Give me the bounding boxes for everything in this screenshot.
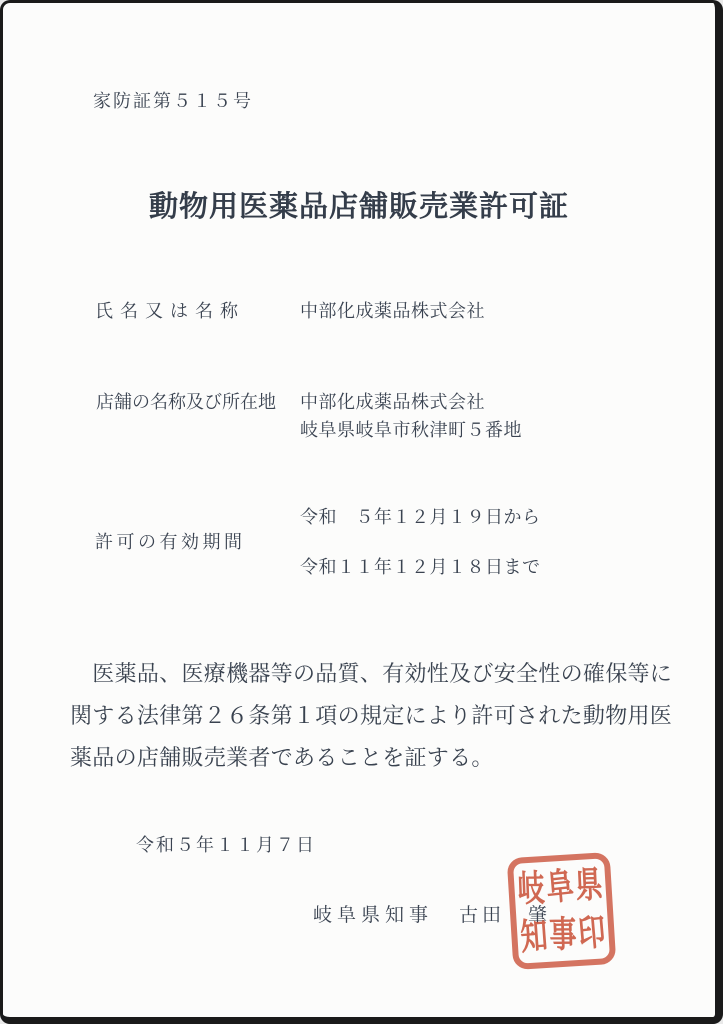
seal-char: 岐 — [517, 870, 545, 907]
store-name-line: 中部化成薬品株式会社 — [300, 388, 522, 416]
field-label-name: 氏名又は名称 — [95, 297, 245, 323]
certification-line-2: 関する法律第２６条第１項の規定により許可された動物用医 — [70, 695, 670, 737]
certification-line-1: 医薬品、医療機器等の品質、有効性及び安全性の確保等に — [70, 653, 670, 695]
certification-paragraph: 医薬品、医療機器等の品質、有効性及び安全性の確保等に 関する法律第２６条第１項の… — [70, 653, 670, 779]
seal-char: 事 — [549, 917, 577, 954]
document-page: 家防証第５１５号 動物用医薬品店舗販売業許可証 氏名又は名称 中部化成薬品株式会… — [0, 0, 723, 1024]
certification-line-3: 薬品の店舗販売業者であることを証する。 — [70, 737, 670, 779]
seal-char: 知 — [519, 917, 549, 956]
seal-char: 阜 — [545, 867, 575, 906]
official-seal-stamp: 岐 阜 県 知 事 印 — [507, 852, 617, 970]
field-label-validity-period: 許可の有効期間 — [95, 528, 246, 554]
field-label-store-address: 店舗の名称及び所在地 — [96, 388, 276, 414]
issuer-title: 岐阜県知事 — [313, 905, 433, 926]
document-number: 家防証第５１５号 — [93, 87, 253, 113]
store-address-line: 岐阜県岐阜市秋津町５番地 — [300, 416, 522, 444]
page-title: 動物用医薬品店舗販売業許可証 — [3, 184, 715, 225]
field-value-name: 中部化成薬品株式会社 — [300, 297, 485, 323]
seal-char: 県 — [575, 867, 604, 904]
seal-char: 印 — [577, 914, 607, 953]
issue-date: 令和５年１１月７日 — [136, 831, 316, 857]
field-value-store-address: 中部化成薬品株式会社 岐阜県岐阜市秋津町５番地 — [300, 388, 522, 444]
validity-end-line: 令和１１年１２月１８日まで — [300, 553, 541, 579]
validity-start-line: 令和 ５年１２月１９日から — [300, 503, 541, 529]
